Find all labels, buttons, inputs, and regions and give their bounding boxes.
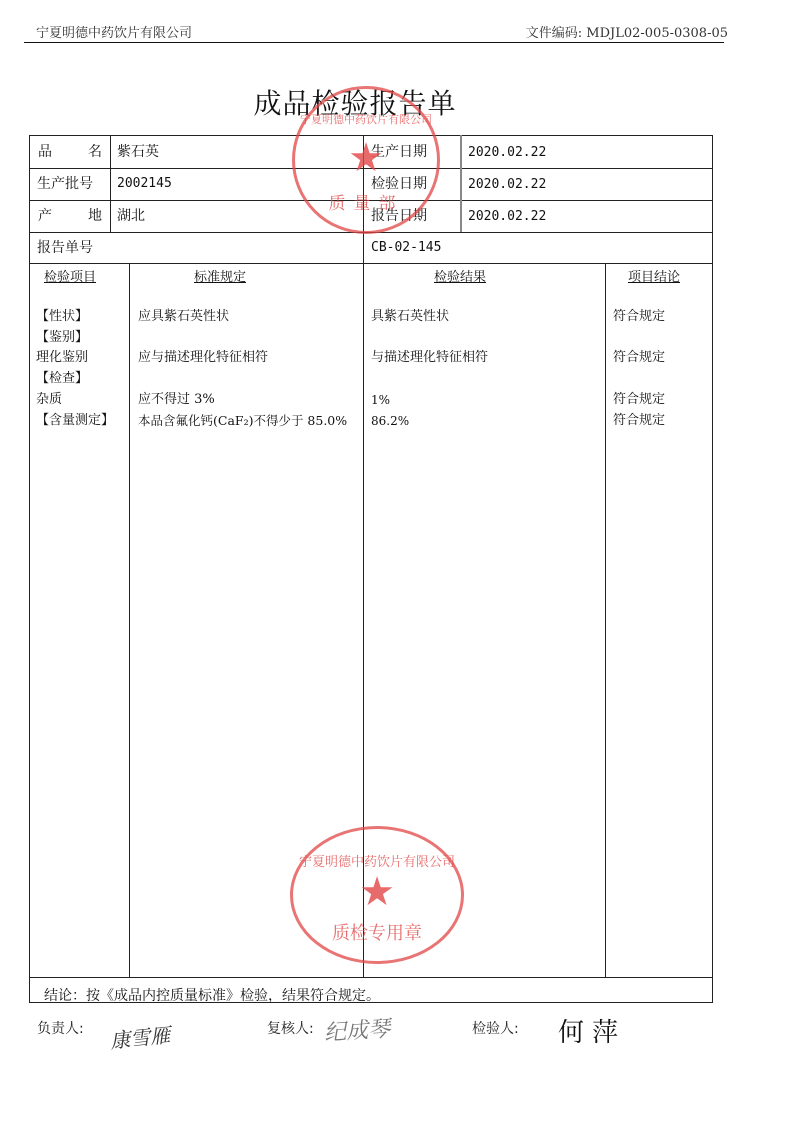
row-standard: 本品含氟化钙(CaF₂)不得少于 85.0%: [138, 413, 347, 429]
grid-line: [460, 135, 462, 232]
row-item: 【含量测定】: [36, 413, 114, 429]
row-conclusion: 符合规定: [613, 309, 665, 325]
product-name-label: 品 名: [38, 144, 102, 160]
report-date: 2020.02.22: [468, 209, 546, 225]
label-char: 名: [88, 144, 102, 160]
grid-line: [29, 200, 713, 201]
product-name: 紫石英: [117, 144, 159, 160]
grid-line: [363, 263, 364, 977]
report-date-label: 报告日期: [371, 208, 427, 224]
row-standard: 应具紫石英性状: [138, 309, 229, 325]
column-header-conclusion: 项目结论: [628, 266, 680, 285]
column-header-result: 检验结果: [434, 266, 486, 285]
row-conclusion: 符合规定: [613, 392, 665, 408]
row-result: 与描述理化特征相符: [371, 350, 488, 366]
row-result: 1%: [371, 392, 390, 408]
grid-line: [605, 263, 606, 977]
conclusion-text: 结论：按《成品内控质量标准》检验，结果符合规定。: [44, 985, 380, 1005]
label-char: 产: [38, 208, 52, 224]
report-number: CB-02-145: [371, 240, 441, 256]
reviewer-label: 复核人:: [267, 1018, 314, 1038]
grid-line: [110, 135, 111, 232]
row-conclusion: 符合规定: [613, 350, 665, 366]
batch-number: 2002145: [117, 176, 172, 192]
inspection-date: 2020.02.22: [468, 177, 546, 193]
row-result: 具紫石英性状: [371, 309, 449, 325]
grid-line: [29, 977, 713, 978]
reviewer-signature: 纪成琴: [323, 1012, 391, 1048]
label-char: 品: [38, 144, 52, 160]
report-number-label: 报告单号: [37, 240, 93, 256]
responsible-label: 负责人:: [37, 1018, 84, 1038]
batch-label: 生产批号: [37, 176, 93, 192]
row-item: 【鉴别】: [36, 330, 88, 346]
header-divider: [24, 42, 724, 43]
grid-line: [29, 168, 713, 169]
responsible-signature: 康雪雁: [109, 1019, 172, 1054]
report-table: [29, 135, 713, 1003]
production-date: 2020.02.22: [468, 145, 546, 161]
row-item: 【检查】: [36, 371, 88, 387]
production-date-label: 生产日期: [371, 144, 427, 160]
inspector-label: 检验人:: [472, 1018, 519, 1038]
inspector-signature: 何萍: [558, 1012, 626, 1049]
inspection-date-label: 检验日期: [371, 176, 427, 192]
grid-line: [363, 135, 364, 263]
grid-line: [29, 263, 713, 264]
row-item: 杂质: [36, 392, 62, 408]
row-result: 86.2%: [371, 413, 409, 429]
column-header-standard: 标准规定: [194, 266, 246, 285]
row-standard: 应与描述理化特征相符: [138, 350, 268, 366]
page-title: 成品检验报告单: [0, 82, 710, 122]
origin-label: 产 地: [38, 208, 102, 224]
row-standard: 应不得过 3%: [138, 392, 215, 408]
row-item: 理化鉴别: [36, 350, 88, 366]
row-conclusion: 符合规定: [613, 413, 665, 429]
company-name: 宁夏明德中药饮片有限公司: [36, 22, 192, 41]
label-char: 地: [88, 208, 102, 224]
grid-line: [29, 232, 713, 233]
row-item: 【性状】: [36, 309, 88, 325]
column-header-item: 检验项目: [44, 266, 96, 285]
origin: 湖北: [117, 208, 145, 224]
document-code: 文件编码: MDJL02-005-0308-05: [526, 22, 728, 41]
grid-line: [129, 263, 130, 977]
